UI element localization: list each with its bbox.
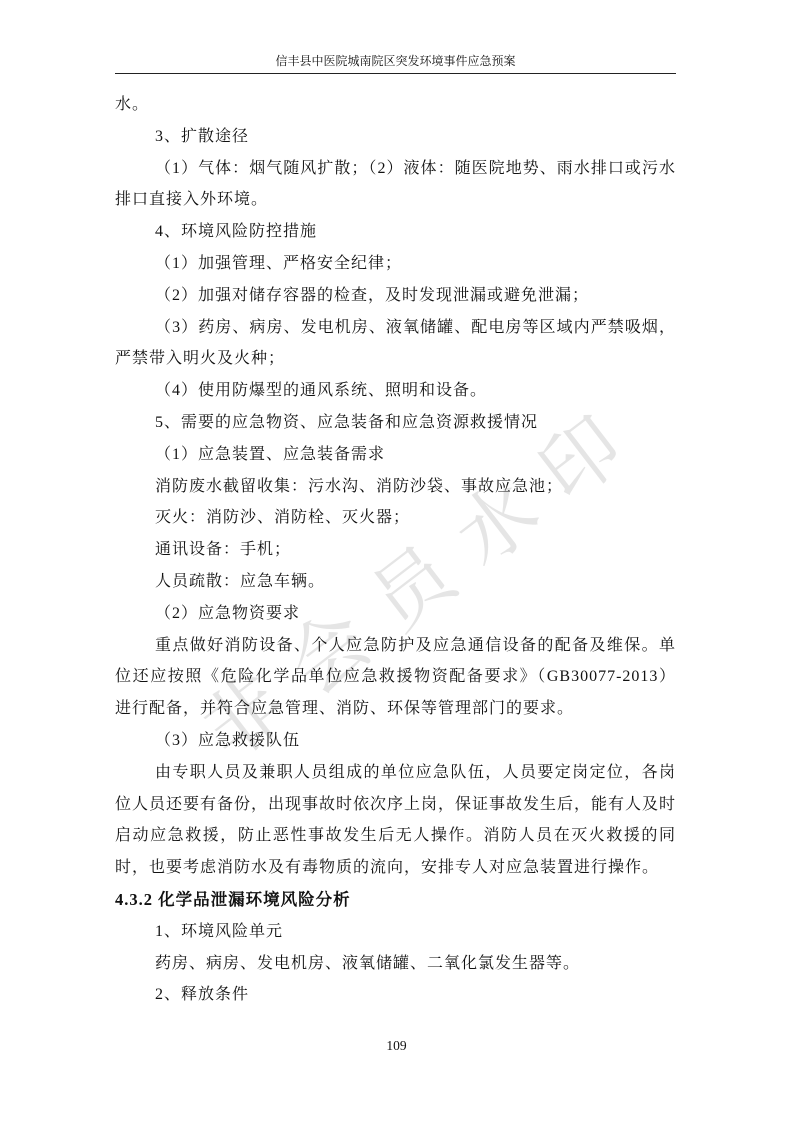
document-page: 非会员水印 信丰县中医院城南院区突发环境事件应急预案 水。 3、扩散途径 （1）… — [0, 0, 793, 1122]
body-paragraph: 由专职人员及兼职人员组成的单位应急队伍，人员要定岗定位，各岗位人员还要有备份，出… — [115, 757, 676, 884]
body-paragraph: （2）加强对储存容器的检查，及时发现泄漏或避免泄漏； — [115, 280, 676, 312]
document-body: 水。 3、扩散途径 （1）气体：烟气随风扩散；（2）液体：随医院地势、雨水排口或… — [115, 89, 676, 1011]
body-paragraph: 3、扩散途径 — [115, 121, 676, 153]
body-paragraph: 药房、病房、发电机房、液氧储罐、二氧化氯发生器等。 — [115, 948, 676, 980]
body-paragraph: 通讯设备：手机； — [115, 534, 676, 566]
body-paragraph: （1）应急装置、应急装备需求 — [115, 439, 676, 471]
body-paragraph: 重点做好消防设备、个人应急防护及应急通信设备的配备及维保。单位还应按照《危险化学… — [115, 630, 676, 725]
body-paragraph: （3）药房、病房、发电机房、液氧储罐、配电房等区域内严禁吸烟，严禁带入明火及火种… — [115, 312, 676, 376]
page-header-title: 信丰县中医院城南院区突发环境事件应急预案 — [275, 54, 515, 68]
body-paragraph: 2、释放条件 — [115, 979, 676, 1011]
body-paragraph: 1、环境风险单元 — [115, 916, 676, 948]
page-content: 信丰县中医院城南院区突发环境事件应急预案 水。 3、扩散途径 （1）气体：烟气随… — [115, 0, 676, 1011]
page-number: 109 — [0, 1038, 793, 1054]
body-paragraph: （1）气体：烟气随风扩散；（2）液体：随医院地势、雨水排口或污水排口直接入外环境… — [115, 153, 676, 217]
body-paragraph: 灭火：消防沙、消防栓、灭火器； — [115, 502, 676, 534]
body-paragraph: （2）应急物资要求 — [115, 598, 676, 630]
body-paragraph: 4、环境风险防控措施 — [115, 216, 676, 248]
page-header: 信丰县中医院城南院区突发环境事件应急预案 — [115, 0, 676, 74]
body-paragraph: 人员疏散：应急车辆。 — [115, 566, 676, 598]
section-heading: 4.3.2 化学品泄漏环境风险分析 — [115, 884, 676, 916]
body-paragraph: 水。 — [115, 89, 676, 121]
body-paragraph: 5、需要的应急物资、应急装备和应急资源救援情况 — [115, 407, 676, 439]
body-paragraph: （3）应急救援队伍 — [115, 725, 676, 757]
body-paragraph: （1）加强管理、严格安全纪律； — [115, 248, 676, 280]
body-paragraph: （4）使用防爆型的通风系统、照明和设备。 — [115, 375, 676, 407]
body-paragraph: 消防废水截留收集：污水沟、消防沙袋、事故应急池； — [115, 471, 676, 503]
